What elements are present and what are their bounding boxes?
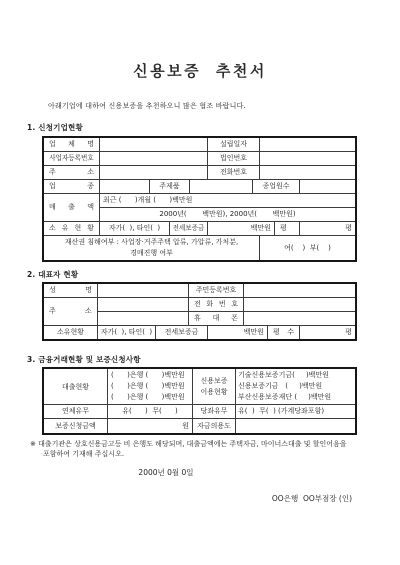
overdue-row: 연체유무 유( ) 무( ) 당좌유무 유( ) 무( ) (가계당좌포함) bbox=[44, 404, 355, 418]
employees-label: 종업원수 bbox=[252, 180, 299, 193]
property-rights-row: 재산권 침해여부 : 사업장·거주주택 압류, 가압류, 가처분, 경매진행 여… bbox=[44, 235, 355, 260]
establish-date-label: 설립일자 bbox=[207, 138, 259, 151]
main-product-value bbox=[189, 180, 252, 193]
fund-use-value bbox=[235, 419, 354, 433]
property-infringement-text: 재산권 침해여부 : 사업장·거주주택 압류, 가압류, 가처분, 경매진행 여… bbox=[44, 236, 259, 260]
document-date: 2000년 0월 0일 bbox=[0, 467, 332, 478]
rep-deposit-unit: 백만원 bbox=[207, 326, 267, 339]
request-amount-row: 보증신청금액 원 자금의용도 bbox=[44, 418, 355, 433]
loan-lines-cell: ( )은행 ( )백만원 ( )은행 ( )백만원 ( )은행 ( )백만원 bbox=[107, 369, 192, 404]
rep-name-value bbox=[97, 284, 188, 297]
guarantee-line: 부산신용보증재단 ( )백만원 bbox=[238, 392, 354, 403]
company-phone-label: 전화번호 bbox=[207, 166, 259, 179]
overdue-value: 유( ) 무( ) bbox=[107, 405, 192, 418]
industry-value bbox=[99, 180, 149, 193]
guarantee-usage-label: 신용보증 이용현황 bbox=[192, 369, 235, 404]
request-amount-unit: 원 bbox=[107, 419, 192, 433]
rep-ownership-value: 자가( ), 타인( ) bbox=[97, 326, 155, 339]
deposit-unit: 백만원 bbox=[207, 222, 274, 235]
loans-label: 대출현황 bbox=[44, 369, 107, 404]
loan-line: ( )은행 ( )백만원 bbox=[111, 392, 192, 403]
guarantee-lines-cell: 기술신용보증기금( )백만원 신용보증기금 ( )백만원 부산신용보증재단 ( … bbox=[235, 369, 354, 404]
representative-table: 성 명 주민등록번호 주 소 전 화 번 호 휴 대 폰 bbox=[42, 282, 357, 341]
employees-value bbox=[299, 180, 355, 193]
applicant-company-table: 업 체 명 설립일자 사업자등록번호 법인번호 주 소 전화번호 업 종 주제품… bbox=[42, 136, 357, 262]
document-page: 신용보증 추천서 아래기업에 대하여 신용보증을 추천하오니 많은 협조 바랍니… bbox=[0, 0, 400, 565]
deposit-label: 전세보증금 bbox=[169, 222, 207, 235]
area-unit: 평 bbox=[299, 222, 355, 235]
corporate-no-value bbox=[259, 152, 355, 165]
resident-no-label: 주민등록번호 bbox=[188, 284, 243, 297]
loan-line: ( )은행 ( )백만원 bbox=[111, 370, 192, 381]
company-name-value bbox=[99, 138, 207, 151]
sales-row: 매 출 액 최근 ( )개월 ( )백만원 2000년( 백만원), 2000년… bbox=[44, 193, 355, 221]
checking-account-label: 당좌유무 bbox=[192, 405, 235, 418]
table-row: 휴 대 폰 bbox=[188, 311, 355, 325]
company-address-label: 주 소 bbox=[44, 166, 99, 179]
property-yes-no: 여( ) 부( ) bbox=[259, 236, 355, 260]
sales-recent-months: 최근 ( )개월 ( )백만원 bbox=[100, 194, 355, 207]
corporate-no-label: 법인번호 bbox=[207, 152, 259, 165]
rep-area-unit: 평 bbox=[299, 326, 355, 339]
rep-phone-value bbox=[243, 298, 355, 311]
fund-use-label: 자금의용도 bbox=[192, 419, 235, 433]
guarantee-line: 신용보증기금 ( )백만원 bbox=[238, 381, 354, 392]
document-title: 신용보증 추천서 bbox=[0, 60, 400, 81]
rep-phone-label: 전 화 번 호 bbox=[188, 298, 243, 311]
table-row: 사업자등록번호 법인번호 bbox=[44, 151, 355, 165]
rep-ownership-row: 소유현황 자가( ), 타인( ) 전세보증금 백만원 평 수 평 bbox=[44, 325, 355, 339]
request-amount-label: 보증신청금액 bbox=[44, 419, 107, 433]
rep-address-value bbox=[98, 298, 188, 311]
main-product-label: 주제품 bbox=[149, 180, 189, 193]
rep-mobile-value bbox=[243, 312, 355, 325]
business-reg-no-label: 사업자등록번호 bbox=[44, 152, 99, 165]
company-name-label: 업 체 명 bbox=[44, 138, 99, 151]
sales-yearly: 2000년( 백만원), 2000년( 백만원) bbox=[100, 207, 355, 220]
rep-area-label: 평 수 bbox=[267, 326, 299, 339]
rep-deposit-label: 전세보증금 bbox=[155, 326, 207, 339]
guarantee-line: 기술신용보증기금( )백만원 bbox=[238, 370, 354, 381]
table-row: 업 체 명 설립일자 bbox=[44, 138, 355, 151]
intro-text: 아래기업에 대하여 신용보증을 추천하오니 많은 협조 바랍니다. bbox=[48, 101, 246, 111]
industry-label: 업 종 bbox=[44, 180, 99, 193]
resident-no-value bbox=[243, 284, 355, 297]
loans-row: 대출현황 ( )은행 ( )백만원 ( )은행 ( )백만원 ( )은행 ( )… bbox=[44, 369, 355, 404]
section1-heading: 1. 신청기업현황 bbox=[27, 122, 83, 133]
footnote-text: ※ 대출기관은 상호신용금고등 비 은행도 해당되며, 대출금액에는 주택자금,… bbox=[30, 439, 373, 459]
table-row: 업 종 주제품 종업원수 bbox=[44, 179, 355, 193]
table-row: 성 명 주민등록번호 bbox=[44, 284, 355, 297]
company-phone-value bbox=[259, 166, 355, 179]
section2-heading: 2. 대표자 현황 bbox=[27, 269, 78, 280]
ownership-value: 자가( ), 타인( ) bbox=[99, 222, 169, 235]
rep-address-value2 bbox=[98, 311, 188, 324]
ownership-row: 소 유 현 황 자가( ), 타인( ) 전세보증금 백만원 평 수 평 bbox=[44, 221, 355, 235]
company-address-value bbox=[99, 166, 207, 179]
rep-address-row: 주 소 전 화 번 호 휴 대 폰 bbox=[44, 297, 355, 325]
rep-ownership-label: 소유현황 bbox=[44, 326, 97, 339]
table-row: 주 소 전화번호 bbox=[44, 165, 355, 179]
signature-line: OO은행 OO부점장 (인) bbox=[0, 493, 352, 504]
rep-mobile-label: 휴 대 폰 bbox=[188, 312, 243, 325]
sales-label: 매 출 액 bbox=[44, 194, 99, 221]
loan-line: ( )은행 ( )백만원 bbox=[111, 381, 192, 392]
overdue-label: 연체유무 bbox=[44, 405, 107, 418]
rep-address-label: 주 소 bbox=[44, 298, 97, 325]
table-row: 전 화 번 호 bbox=[188, 298, 355, 311]
ownership-label: 소 유 현 황 bbox=[44, 222, 99, 235]
rep-name-label: 성 명 bbox=[44, 284, 97, 297]
finance-table: 대출현황 ( )은행 ( )백만원 ( )은행 ( )백만원 ( )은행 ( )… bbox=[42, 367, 357, 435]
checking-account-value: 유( ) 무( ) (가계당좌포함) bbox=[235, 405, 354, 418]
area-label: 평 수 bbox=[274, 222, 299, 235]
establish-date-value bbox=[259, 138, 355, 151]
business-reg-no-value bbox=[99, 152, 207, 165]
section3-heading: 3. 금융거래현황 및 보증신청사항 bbox=[27, 354, 141, 365]
